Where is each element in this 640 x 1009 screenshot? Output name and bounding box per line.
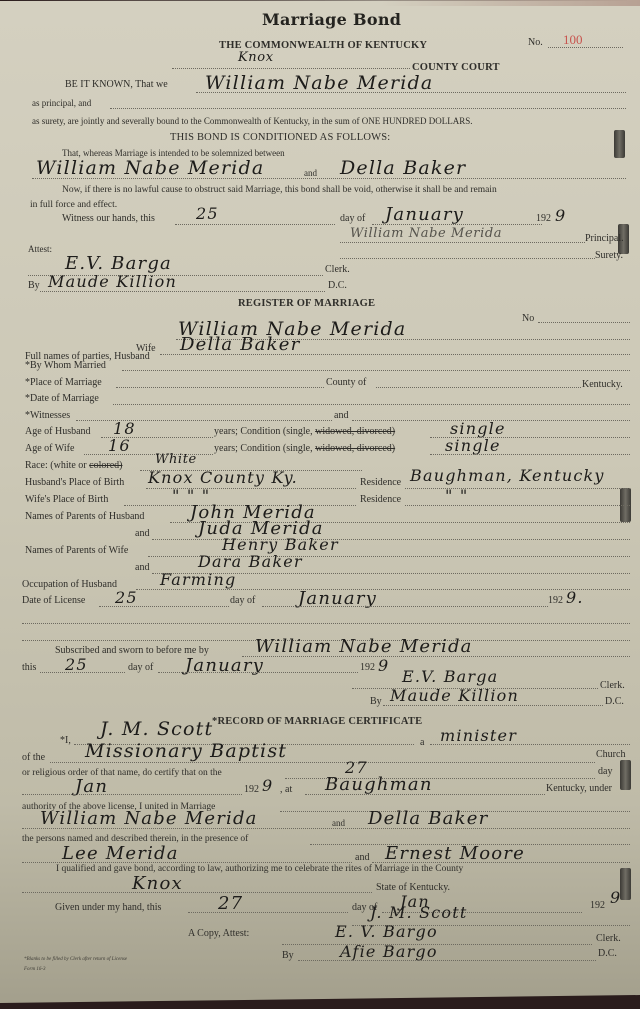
conditioned-heading: THIS BOND IS CONDITIONED AS FOLLOWS: bbox=[170, 132, 390, 143]
bond-year-suffix: 9 bbox=[555, 206, 566, 225]
certificate-heading: *RECORD OF MARRIAGE CERTIFICATE bbox=[212, 716, 422, 727]
occupation-label: Occupation of Husband bbox=[22, 579, 117, 590]
husband-residence: Baughman, Kentucky bbox=[410, 466, 605, 485]
void-text-1: Now, if there is no lawful cause to obst… bbox=[62, 185, 497, 195]
sworn-this-label: this bbox=[22, 662, 36, 673]
witness-and-label: and bbox=[355, 852, 369, 863]
sworn-deputy-signature[interactable]: Maude Killion bbox=[390, 686, 519, 705]
sworn-clerk-label: Clerk. bbox=[600, 680, 625, 691]
county-value: Knox bbox=[238, 50, 274, 65]
binder-tab bbox=[620, 868, 631, 900]
cert-clerk-signature[interactable]: E. V. Bargo bbox=[335, 922, 438, 941]
cert-day-label: day bbox=[598, 766, 612, 777]
cert-deputy-signature[interactable]: Afie Bargo bbox=[340, 942, 438, 961]
wife-label: Wife bbox=[136, 343, 156, 354]
date-of-marriage-label: *Date of Marriage bbox=[25, 393, 99, 404]
binder-tab bbox=[614, 130, 625, 158]
as-principal-label: as principal, and bbox=[32, 98, 91, 108]
husband-birth: Knox County Ky. bbox=[148, 468, 298, 487]
principal-name: William Nabe Merida bbox=[205, 72, 433, 94]
place-label: *Place of Marriage bbox=[25, 377, 102, 388]
cert-place: Baughman bbox=[325, 774, 433, 795]
cert-year-suffix: 9 bbox=[262, 776, 273, 795]
kentucky-label: Kentucky. bbox=[582, 379, 623, 390]
surety-label: Surety. bbox=[595, 250, 623, 261]
cert-at-label: , at bbox=[280, 784, 292, 795]
bond-year-prefix: 192 bbox=[536, 213, 551, 224]
officiant-signature[interactable]: J. M. Scott bbox=[370, 903, 468, 922]
parents-husband-and-label: and bbox=[135, 528, 149, 539]
parents-wife-label: Names of Parents of Wife bbox=[25, 545, 128, 556]
witness-label: Witness our hands, this bbox=[62, 213, 155, 224]
form-number: Form 16-3 bbox=[24, 967, 46, 972]
document-title: Marriage Bond bbox=[262, 10, 401, 29]
bond-and-label: and bbox=[304, 168, 317, 178]
parents-husband-label: Names of Parents of Husband bbox=[25, 511, 144, 522]
bond-dc-label: D.C. bbox=[328, 280, 347, 291]
occupation-value: Farming bbox=[160, 570, 236, 589]
bond-deputy-signature[interactable]: Maude Killion bbox=[48, 272, 177, 291]
bond-clerk-label: Clerk. bbox=[325, 264, 350, 275]
cert-i-label: *I, bbox=[60, 735, 71, 746]
sworn-clerk-signature[interactable]: E.V. Barga bbox=[402, 667, 498, 686]
given-year-suffix: 9 bbox=[610, 888, 621, 907]
register-no-label: No bbox=[522, 313, 534, 324]
attest-label: Attest: bbox=[28, 244, 52, 254]
officiant-title: minister bbox=[440, 726, 517, 745]
cert-bride: Della Baker bbox=[368, 808, 488, 829]
sworn-by-label: By bbox=[370, 696, 382, 707]
officiant-name: J. M. Scott bbox=[100, 718, 213, 740]
age-wife-label: Age of Wife bbox=[25, 443, 74, 454]
principal-signature[interactable]: William Nabe Merida bbox=[350, 226, 502, 241]
cert-by-label: By bbox=[282, 950, 294, 961]
given-day: 27 bbox=[218, 893, 243, 914]
sworn-dc-label: D.C. bbox=[605, 696, 624, 707]
sworn-year-suffix: 9 bbox=[378, 656, 389, 675]
witness2-name: Ernest Moore bbox=[385, 843, 525, 864]
license-date-label: Date of License bbox=[22, 595, 85, 606]
void-text-2: in full force and effect. bbox=[30, 200, 117, 210]
cert-and-label: and bbox=[332, 818, 345, 828]
given-year-prefix: 192 bbox=[590, 900, 605, 911]
of-the-label: of the bbox=[22, 752, 45, 763]
witness-day: 25 bbox=[196, 204, 219, 223]
cert-clerk-label: Clerk. bbox=[596, 933, 621, 944]
wife-residence-label: Residence bbox=[360, 494, 401, 505]
page-edge-shadow bbox=[380, 0, 640, 6]
age-husband-condition-label: years; Condition (single, widowed, divor… bbox=[214, 426, 395, 437]
race-value: White bbox=[155, 452, 197, 467]
bond-party2: Della Baker bbox=[340, 157, 466, 179]
husband-birth-label: Husband's Place of Birth bbox=[25, 477, 124, 488]
kentucky-under-label: Kentucky, under bbox=[546, 783, 612, 794]
parents-wife-and-label: and bbox=[135, 562, 149, 573]
cert-county: Knox bbox=[132, 873, 183, 894]
church-label: Church bbox=[596, 749, 625, 760]
cert-groom: William Nabe Merida bbox=[40, 808, 258, 829]
mother-wife: Dara Baker bbox=[198, 552, 303, 571]
county-of-label: County of bbox=[326, 377, 366, 388]
age-wife-condition-label: years; Condition (single, widowed, divor… bbox=[214, 443, 395, 454]
principal-label: Principal. bbox=[585, 233, 624, 244]
certify-label: or religious order of that name, do cert… bbox=[22, 768, 222, 778]
age-husband-label: Age of Husband bbox=[25, 426, 91, 437]
surety-text: as surety, are jointly and severally bou… bbox=[32, 116, 473, 126]
copy-attest-label: A Copy, Attest: bbox=[188, 928, 249, 939]
qualified-text: I qualified and gave bond, according to … bbox=[56, 864, 463, 874]
cert-dc-label: D.C. bbox=[598, 948, 617, 959]
cert-year-prefix: 192 bbox=[244, 784, 259, 795]
church-name: Missionary Baptist bbox=[85, 740, 287, 762]
given-label: Given under my hand, this bbox=[55, 902, 161, 913]
license-dayof-label: day of bbox=[230, 595, 255, 606]
sworn-year-prefix: 192 bbox=[360, 662, 375, 673]
witnesses-label: *Witnesses bbox=[25, 410, 70, 421]
witnesses-and-label: and bbox=[334, 410, 348, 421]
race-label: Race: (white or colored) bbox=[25, 460, 122, 471]
be-it-known-label: BE IT KNOWN, That we bbox=[65, 79, 168, 90]
register-wife: Della Baker bbox=[180, 334, 300, 355]
witness1-name: Lee Merida bbox=[62, 843, 179, 864]
register-heading: REGISTER OF MARRIAGE bbox=[238, 298, 375, 309]
license-day: 25 bbox=[115, 588, 138, 607]
condition-wife: single bbox=[445, 436, 501, 455]
wife-residence: " " bbox=[445, 486, 468, 505]
subscriber-name: William Nabe Merida bbox=[255, 636, 473, 657]
witness-month: January bbox=[385, 204, 464, 225]
age-wife: 16 bbox=[108, 436, 131, 455]
bond-by-label: By bbox=[28, 280, 40, 291]
day-of-label: day of bbox=[340, 213, 365, 224]
bond-clerk-signature[interactable]: E.V. Barga bbox=[65, 253, 172, 274]
bond-party1: William Nabe Merida bbox=[36, 157, 264, 179]
by-whom-label: *By Whom Married bbox=[25, 360, 106, 371]
husband-residence-label: Residence bbox=[360, 477, 401, 488]
license-year-prefix: 192 bbox=[548, 595, 563, 606]
bond-number: 100 bbox=[563, 32, 583, 48]
cert-a-label: a bbox=[420, 737, 424, 748]
bond-no-label: No. bbox=[528, 37, 543, 48]
binder-tab bbox=[620, 760, 631, 790]
footnote: *Blanks to be filled by Clerk after retu… bbox=[24, 957, 127, 962]
sworn-day-of-label: day of bbox=[128, 662, 153, 673]
wife-birth-label: Wife's Place of Birth bbox=[25, 494, 108, 505]
license-year-suffix: 9. bbox=[566, 588, 584, 607]
